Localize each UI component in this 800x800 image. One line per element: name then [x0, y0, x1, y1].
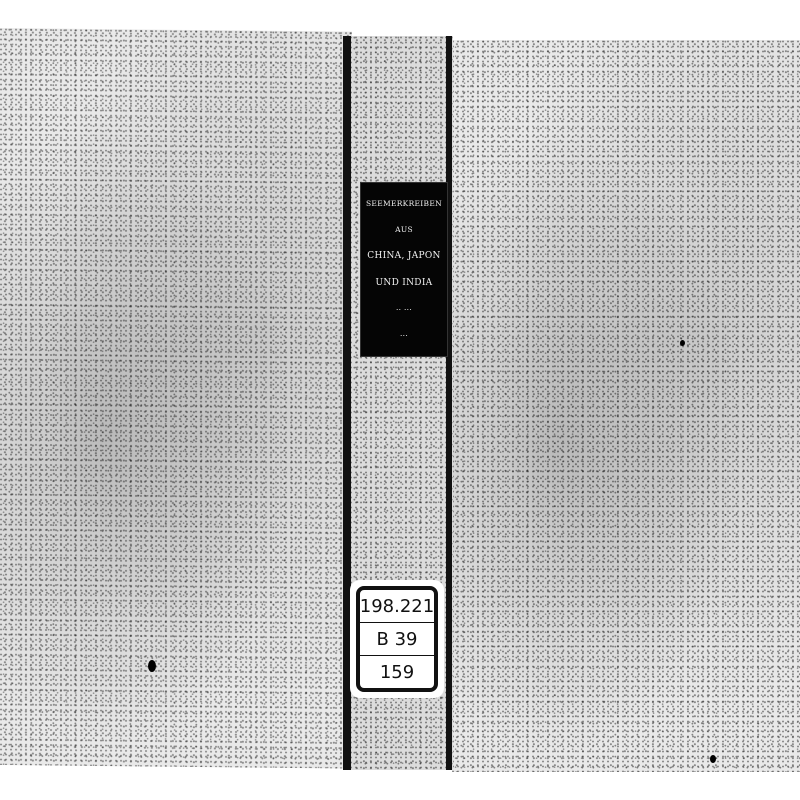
spine-title-label: SEEMERKREIBEN AUS CHINA, JAPON UND INDIA… [360, 182, 448, 357]
call-number-item: 159 [360, 656, 434, 688]
call-number-label: 198.221 B 39 159 [350, 580, 444, 698]
title-line-4: UND INDIA [376, 278, 433, 288]
title-line-3: CHINA, JAPON [367, 251, 440, 261]
ink-spot [680, 340, 685, 346]
title-line-1: SEEMERKREIBEN [366, 199, 442, 208]
title-line-6: ··· [400, 331, 408, 340]
front-cover [0, 28, 352, 769]
ink-spot [710, 755, 716, 763]
call-number-class: 198.221 [360, 590, 434, 623]
call-number-cutter: B 39 [360, 623, 434, 656]
stain-shading [452, 40, 800, 772]
spine-hinge-right [446, 36, 452, 770]
back-cover [452, 40, 800, 772]
stain-shading [0, 28, 352, 769]
ink-spot [148, 660, 156, 672]
title-line-5: ·· ··· [396, 305, 412, 314]
title-line-2: AUS [395, 225, 413, 234]
